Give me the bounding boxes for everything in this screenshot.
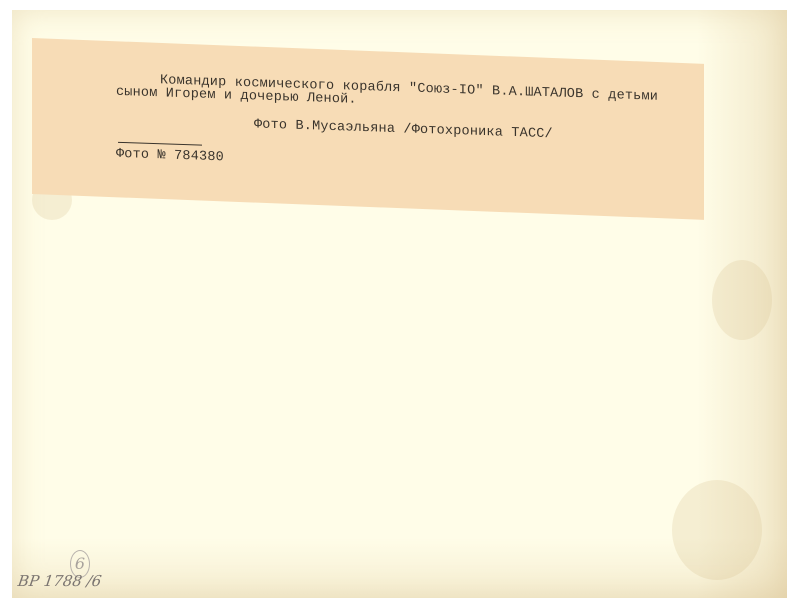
handwritten-catalog-number: BP 1788 /6 bbox=[17, 572, 103, 590]
photo-credit: Фото В.Мусаэльяна /Фотохроника ТАСС/ bbox=[254, 117, 553, 142]
stain bbox=[672, 480, 762, 580]
stain bbox=[712, 260, 772, 340]
photo-number: Фото № 784380 bbox=[116, 147, 224, 166]
photo-back-paper: Командир космического корабля "Союз-IO" … bbox=[12, 10, 787, 598]
divider-rule bbox=[118, 142, 202, 146]
caption-label: Командир космического корабля "Союз-IO" … bbox=[32, 38, 704, 220]
